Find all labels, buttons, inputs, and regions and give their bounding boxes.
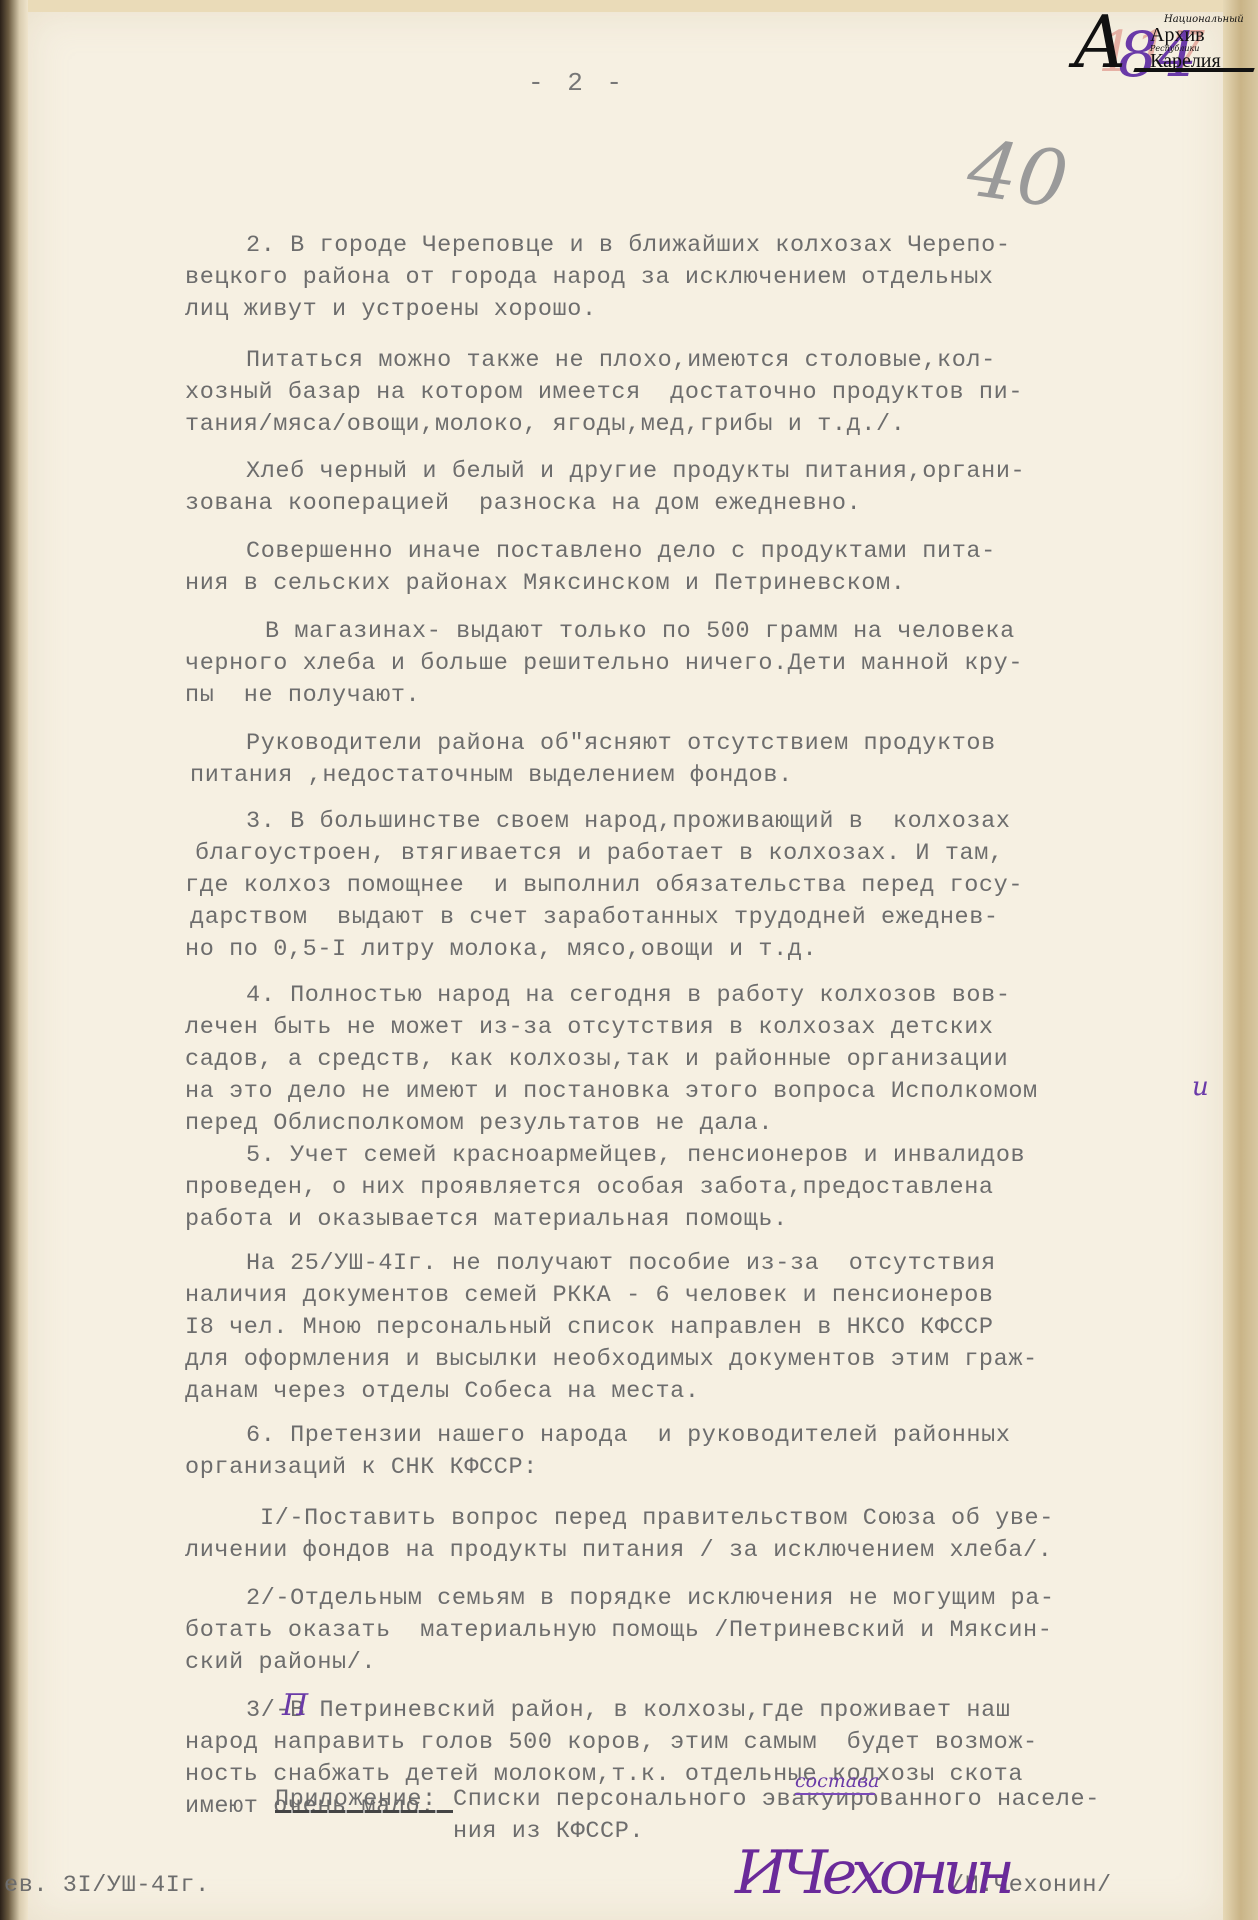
text-line: наличия документов семей РККА - 6 челове… [185, 1282, 994, 1309]
text-line: I/-Поставить вопрос перед правительством… [260, 1505, 1054, 1532]
handwritten-insertion: состава [795, 1770, 879, 1792]
text-line: питания ,недостаточным выделением фондов… [190, 762, 793, 789]
text-line: Питаться можно также не плохо,имеются ст… [246, 347, 996, 374]
quill-icon [1133, 68, 1254, 72]
appendix-underline [275, 1810, 453, 1813]
text-line: проведен, о них проявляется особая забот… [185, 1174, 994, 1201]
text-line: Хлеб черный и белый и другие продукты пи… [246, 458, 1025, 485]
archive-logo: A Национальный Архив Республики Карелия [1066, 6, 1256, 90]
text-line: лиц живут и устроены хорошо. [185, 296, 597, 323]
text-line: народ направить голов 500 коров, этим са… [185, 1729, 1038, 1756]
ink-correction-letter: П [282, 1688, 308, 1723]
text-line: организаций к СНК КФССР: [185, 1454, 538, 1481]
text-line: ский районы/. [185, 1649, 376, 1676]
text-line: Совершенно иначе поставлено дело с проду… [246, 538, 996, 565]
text-line: зована кооперацией разноска на дом ежедн… [185, 490, 861, 517]
text-line: где колхоз помощнее и выполнил обязатель… [185, 872, 1023, 899]
appendix-text-continued: ния из КФССР. [453, 1818, 644, 1845]
text-line: 5. Учет семей красноармейцев, пенсионеро… [246, 1142, 1025, 1169]
text-line: ния в сельских районах Мяксинском и Петр… [185, 570, 905, 597]
text-line: перед Облисполкомом результатов не дала. [185, 1110, 773, 1137]
pencil-mark: 40 [962, 124, 1073, 227]
margin-ink-correction: и [1192, 1072, 1209, 1102]
text-line: 4. Полностью народ на сегодня в работу к… [246, 982, 1011, 1009]
text-line: но по 0,5-I литру молока, мясо,овощи и т… [185, 936, 817, 963]
text-line: 3/-В Петриневский район, в колхозы,где п… [246, 1697, 1011, 1724]
text-line: для оформления и высылки необходимых док… [185, 1346, 1038, 1373]
logo-monogram-icon: A [1074, 0, 1126, 84]
text-line: 6. Претензии нашего народа и руководител… [246, 1422, 1011, 1449]
text-line: хозный базар на котором имеется достаточ… [185, 379, 1023, 406]
document-date: ев. 3I/УШ-4Iг. [4, 1872, 210, 1899]
text-line: черного хлеба и больше решительно ничего… [185, 650, 1023, 677]
text-line: дарством выдают в счет заработанных труд… [190, 904, 999, 931]
text-line: На 25/УШ-4Iг. не получают пособие из-за … [246, 1250, 996, 1277]
binding-edge [0, 0, 28, 1920]
text-line: Руководители района об"ясняют отсутствие… [246, 730, 996, 757]
text-line: лечен быть не может из-за отсутствия в к… [185, 1014, 994, 1041]
text-line: на это дело не имеют и постановка этого … [185, 1078, 1038, 1105]
signature: ИЧехонин [735, 1838, 1009, 1908]
text-line: I8 чел. Мною персональный список направл… [185, 1314, 994, 1341]
page-number: - 2 - [528, 68, 626, 98]
text-line: вецкого района от города народ за исключ… [185, 264, 994, 291]
appendix-label: Приложение: [275, 1786, 437, 1813]
text-line: садов, а средств, как колхозы,так и райо… [185, 1046, 1008, 1073]
text-line: 2. В городе Череповце и в ближайших колх… [246, 232, 1011, 259]
text-line: В магазинах- выдают только по 500 грамм … [265, 618, 1015, 645]
page-edge [1223, 0, 1258, 1920]
appendix-text: Списки персонального эвакуированного нас… [453, 1786, 1100, 1813]
text-line: благоустроен, втягивается и работает в к… [195, 840, 1004, 867]
insertion-underline [795, 1793, 875, 1795]
text-line: ность снабжать детей молоком,т.к. отдель… [185, 1761, 1023, 1788]
text-line: 3. В большинстве своем народ,проживающий… [246, 808, 1011, 835]
text-line: личении фондов на продукты питания / за … [185, 1537, 1052, 1564]
text-line: данам через отделы Собеса на места. [185, 1378, 700, 1405]
text-line: 2/-Отдельным семьям в порядке исключения… [246, 1585, 1055, 1612]
text-line: работа и оказывается материальная помощь… [185, 1206, 788, 1233]
text-line: ботать оказать материальную помощь /Петр… [185, 1617, 1052, 1644]
text-line: пы не получают. [185, 682, 420, 709]
text-line: тания/мяса/овощи,молоко, ягоды,мед,грибы… [185, 411, 905, 438]
